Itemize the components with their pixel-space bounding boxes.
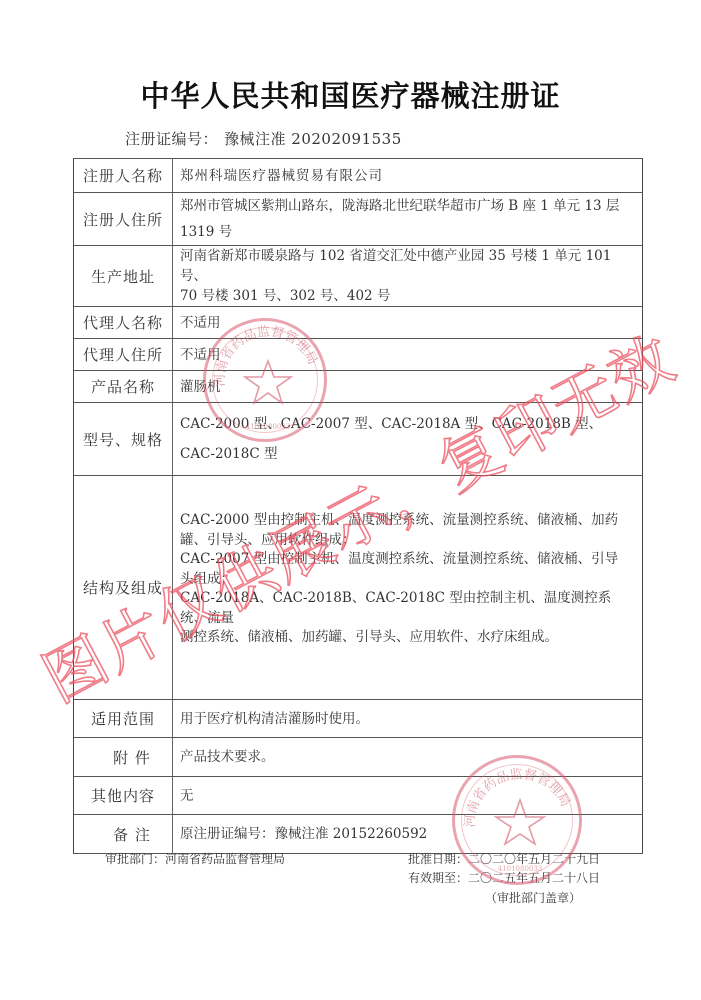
field-label: 备 注 [74,815,173,854]
field-label: 注册人名称 [74,159,173,193]
value-line: 无 [180,786,636,806]
value-line: 原注册证编号：豫械注准 20152260592 [180,824,636,844]
field-label: 结构及组成 [74,476,173,700]
field-value: 河南省新郑市暖泉路与 102 省道交汇处中德产业园 35 号楼 1 单元 101… [173,246,643,307]
field-label: 代理人住所 [74,339,173,371]
document-title: 中华人民共和国医疗器械注册证 [0,74,701,115]
field-value: 产品技术要求。 [173,738,643,777]
registration-number-label: 注册证编号： [125,130,218,148]
field-value: 不适用 [173,339,643,371]
value-line: CAC-2018A、CAC-2018B、CAC-2018C 型由控制主机、温度测… [180,589,636,628]
value-line: 用于医疗机构清洁灌肠时使用。 [180,709,636,729]
row-remarks: 备 注 原注册证编号：豫械注准 20152260592 [74,815,643,854]
field-label: 其他内容 [74,777,173,815]
field-value: CAC-2000 型由控制主机、温度测控系统、流量测控系统、储液桶、加药 罐、引… [173,476,643,700]
row-agent-name: 代理人名称 不适用 [74,307,643,339]
field-label: 代理人名称 [74,307,173,339]
value-line: 罐、引导头、应用软件组成； [180,531,636,551]
value-line: CAC-2018C 型 [180,439,636,469]
value-line: 灌肠机 [180,377,636,397]
seal-note: （审批部门盖章） [485,889,581,906]
value-line: 测控系统、储液桶、加药罐、引导头、应用软件、水疗床组成。 [180,628,636,648]
registration-number: 豫械注准 20202091535 [224,130,402,148]
value-line: CAC-2000 型由控制主机、温度测控系统、流量测控系统、储液桶、加药 [180,511,636,531]
value-line: 头组成； [180,570,636,590]
row-scope: 适用范围 用于医疗机构清洁灌肠时使用。 [74,700,643,738]
value-line: CAC-2007 型由控制主机、温度测控系统、流量测控系统、储液桶、引导 [180,550,636,570]
value-line: 1319 号 [180,219,636,245]
value-line: 郑州市管城区紫荆山路东，陇海路北世纪联华超市广场 B 座 1 单元 13 层 [180,193,636,219]
row-structure-composition: 结构及组成 CAC-2000 型由控制主机、温度测控系统、流量测控系统、储液桶、… [74,476,643,700]
field-value: 用于医疗机构清洁灌肠时使用。 [173,700,643,738]
row-registrant-address: 注册人住所 郑州市管城区紫荆山路东，陇海路北世纪联华超市广场 B 座 1 单元 … [74,193,643,246]
field-value: 无 [173,777,643,815]
field-value: 郑州市管城区紫荆山路东，陇海路北世纪联华超市广场 B 座 1 单元 13 层13… [173,193,643,246]
registration-number-line: 注册证编号：豫械注准 20202091535 [125,128,402,149]
field-label: 适用范围 [74,700,173,738]
value-line: 不适用 [180,313,636,333]
field-value: 原注册证编号：豫械注准 20152260592 [173,815,643,854]
value-line: 郑州科瑞医疗器械贸易有限公司 [180,166,636,186]
value-line: 70 号楼 301 号、302 号、402 号 [180,286,636,306]
row-registrant-name: 注册人名称 郑州科瑞医疗器械贸易有限公司 [74,159,643,193]
field-value: CAC-2000 型、CAC-2007 型、CAC-2018A 型、CAC-20… [173,403,643,476]
field-value: 郑州科瑞医疗器械贸易有限公司 [173,159,643,193]
row-production-address: 生产地址 河南省新郑市暖泉路与 102 省道交汇处中德产业园 35 号楼 1 单… [74,246,643,307]
value-line: 河南省新郑市暖泉路与 102 省道交汇处中德产业园 35 号楼 1 单元 101… [180,246,636,286]
field-label: 产品名称 [74,371,173,403]
approval-date: 批准日期：二〇二〇年五月二十九日 [408,850,600,867]
row-other: 其他内容 无 [74,777,643,815]
row-attachment: 附 件 产品技术要求。 [74,738,643,777]
value-line: CAC-2000 型、CAC-2007 型、CAC-2018A 型、CAC-20… [180,409,636,439]
field-label: 生产地址 [74,246,173,307]
certificate-table: 注册人名称 郑州科瑞医疗器械贸易有限公司 注册人住所 郑州市管城区紫荆山路东，陇… [73,158,643,854]
row-agent-address: 代理人住所 不适用 [74,339,643,371]
field-value: 灌肠机 [173,371,643,403]
field-label: 附 件 [74,738,173,777]
field-label: 型号、规格 [74,403,173,476]
value-line: 产品技术要求。 [180,747,636,767]
field-value: 不适用 [173,307,643,339]
value-line: 不适用 [180,345,636,365]
row-product-name: 产品名称 灌肠机 [74,371,643,403]
row-model-spec: 型号、规格 CAC-2000 型、CAC-2007 型、CAC-2018A 型、… [74,403,643,476]
approval-department: 审批部门：河南省药品监督管理局 [105,850,285,867]
field-label: 注册人住所 [74,193,173,246]
valid-until: 有效期至：二〇二五年五月二十八日 [408,869,600,886]
